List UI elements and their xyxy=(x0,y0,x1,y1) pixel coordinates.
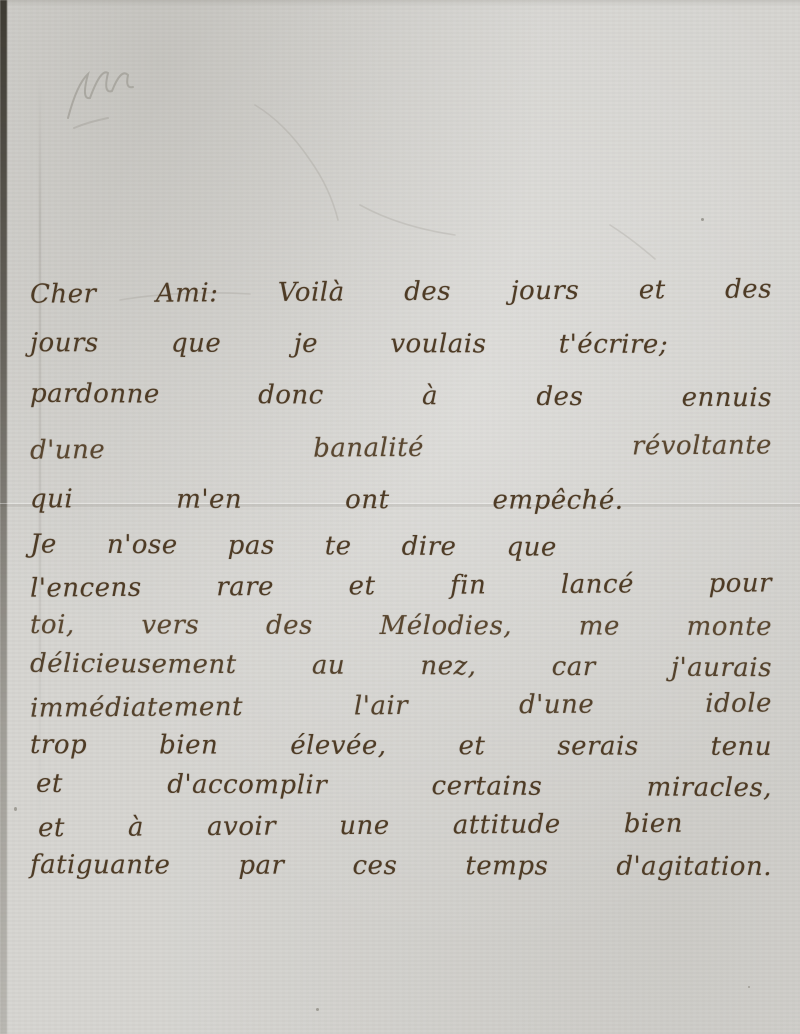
paper-speck xyxy=(748,986,750,988)
letter-line: et à avoir une attitude bien xyxy=(30,804,683,849)
letter-line: Cher Ami: Voilà des jours et des xyxy=(30,263,772,320)
letter-line: jours que je voulais t'écrire; xyxy=(30,317,668,371)
letter-line: trop bien élevée, et serais tenu xyxy=(30,725,772,767)
letter-line: Je n'ose pas te dire que xyxy=(30,524,557,567)
letter-line: toi, vers des Mélodies, me monte xyxy=(30,605,772,647)
paper-speck xyxy=(701,218,704,221)
letter-line: immédiatement l'air d'une idole xyxy=(30,683,772,728)
letter-line: et d'accomplir certains miracles, xyxy=(30,764,772,809)
letter-line: l'encens rare et fin lancé pour xyxy=(30,563,772,608)
letter-line: d'une banalité révoltante xyxy=(30,419,772,476)
paper-speck xyxy=(316,1008,319,1011)
letter-line: délicieusement au nez, car j'aurais xyxy=(30,644,772,689)
paper-speck xyxy=(14,807,17,811)
letter-line: fatiguante par ces temps d'agitation. xyxy=(30,845,772,887)
letter-line: pardonne donc à des ennuis xyxy=(30,368,772,425)
handwritten-letter-body: Cher Ami: Voilà des jours et des jours q… xyxy=(30,266,772,886)
letter-scan-page: Cher Ami: Voilà des jours et des jours q… xyxy=(0,0,800,1034)
letter-line: qui m'en ont empêché. xyxy=(30,473,624,527)
